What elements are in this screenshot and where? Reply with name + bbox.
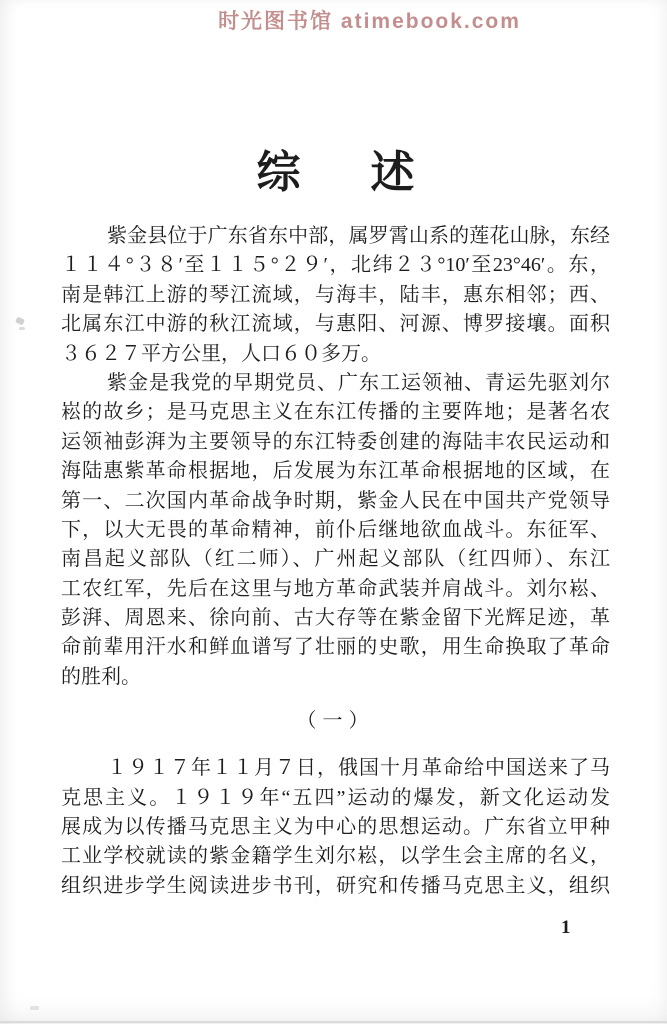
body-text-line: 紫金是我党的早期党员、广东工运领袖、青运先驱刘尔	[61, 369, 610, 398]
chapter-title: 综 述	[61, 146, 610, 200]
body-text-line: ３６２７平方公里，人口６０多万。	[61, 340, 610, 369]
scan-artifact	[15, 317, 25, 326]
body-text-line: 工业学校就读的紫金籍学生刘尔崧，以学生会主席的名义，	[61, 842, 610, 871]
section-heading: （一）	[61, 707, 610, 736]
body-text-line: １１４°３８′至１１５°２９′，北纬２３°10′至23°46′。东，	[61, 251, 610, 280]
body-text-line: 海陆惠紫革命根据地，后发展为东江革命根据地的区域，在	[61, 457, 610, 486]
body-text-line: 命前辈用汗水和鲜血谱写了壮丽的史歌，用生命换取了革命	[61, 633, 610, 662]
body-text-line: 克思主义。１９１９年“五四”运动的爆发，新文化运动发	[61, 784, 610, 813]
body-text-line: 南昌起义部队（红二师）、广州起义部队（红四师）、东江	[61, 545, 610, 574]
body-text-line: 彭湃、周恩来、徐向前、古大存等在紫金留下光辉足迹，革	[61, 604, 610, 633]
scan-artifact	[30, 1006, 39, 1010]
body-text-line: 紫金县位于广东省东中部，属罗霄山系的莲花山脉，东经	[61, 222, 610, 251]
scanned-book-page: 时光图书馆 atimebook.com 综 述 紫金县位于广东省东中部，属罗霄山…	[0, 0, 667, 1024]
page-content: 综 述 紫金县位于广东省东中部，属罗霄山系的莲花山脉，东经１１４°３８′至１１５…	[61, 0, 610, 901]
scan-artifact	[19, 327, 25, 330]
body-text-line: 组织进步学生阅读进步书刊，研究和传播马克思主义，组织	[61, 872, 610, 901]
body-text-line: 下，以大无畏的革命精神，前仆后继地欲血战斗。东征军、	[61, 516, 610, 545]
body-text-line: 南是韩江上游的琴江流域，与海丰，陆丰，惠东相邻；西、	[61, 281, 610, 310]
page-number: 1	[561, 917, 571, 939]
body-text-line: 展成为以传播马克思主义为中心的思想运动。广东省立甲种	[61, 813, 610, 842]
body-text-line: 北属东江中游的秋江流域，与惠阳、河源、博罗接壤。面积	[61, 310, 610, 339]
body-text: 紫金县位于广东省东中部，属罗霄山系的莲花山脉，东经１１４°３８′至１１５°２９′…	[61, 222, 610, 901]
body-text-line: １９１７年１１月７日，俄国十月革命给中国送来了马	[61, 754, 610, 783]
chapter-title-char-right: 述	[371, 146, 415, 200]
body-text-line: 的胜利。	[61, 663, 610, 692]
body-text-line: 崧的故乡；是马克思主义在东江传播的主要阵地；是著名农	[61, 398, 610, 427]
body-text-line: 工农红军，先后在这里与地方革命武装并肩战斗。刘尔崧、	[61, 575, 610, 604]
scan-edge-shadow	[0, 1021, 667, 1023]
body-text-line: 运领袖彭湃为主要领导的东江特委创建的海陆丰农民运动和	[61, 428, 610, 457]
chapter-title-char-left: 综	[257, 146, 301, 200]
body-text-line: 第一、二次国内革命战争时期，紫金人民在中国共产党领导	[61, 487, 610, 516]
